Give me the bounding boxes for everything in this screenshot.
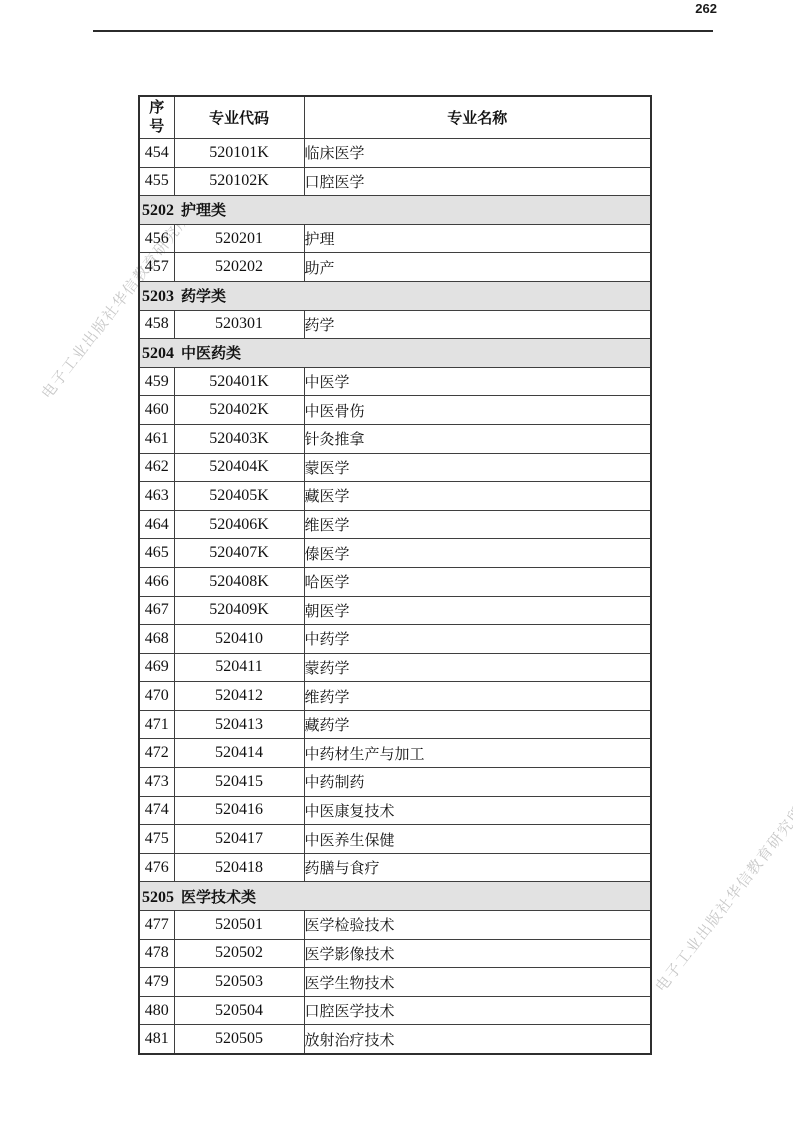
seq-cell: 478 [139,939,174,968]
name-cell: 医学影像技术 [304,939,651,968]
table-row: 460520402K中医骨伤 [139,396,651,425]
code-cell: 520418 [174,853,304,882]
code-cell: 520401K [174,367,304,396]
table-row: 461520403K针灸推拿 [139,424,651,453]
seq-cell: 456 [139,224,174,253]
name-cell: 中医康复技术 [304,796,651,825]
table-row: 475520417中医养生保健 [139,825,651,854]
seq-cell: 462 [139,453,174,482]
table-row: 456520201护理 [139,224,651,253]
seq-cell: 454 [139,139,174,168]
table-row: 471520413藏药学 [139,710,651,739]
seq-cell: 475 [139,825,174,854]
seq-cell: 457 [139,253,174,282]
table-row: 468520410中药学 [139,625,651,654]
section-label: 5203药学类 [139,281,651,310]
code-cell: 520411 [174,653,304,682]
seq-cell: 481 [139,1025,174,1054]
column-header-seq: 序号 [139,96,174,139]
section-name: 护理类 [181,202,226,219]
name-cell: 医学生物技术 [304,968,651,997]
watermark-bottom-right: 电子工业出版社华信教育研究所 [650,801,793,996]
table-row: 464520406K维医学 [139,510,651,539]
code-cell: 520405K [174,482,304,511]
code-cell: 520502 [174,939,304,968]
code-cell: 520410 [174,625,304,654]
name-cell: 口腔医学 [304,167,651,196]
page-number: 262 [695,1,717,16]
name-cell: 中医学 [304,367,651,396]
seq-cell: 455 [139,167,174,196]
seq-cell: 472 [139,739,174,768]
seq-cell: 470 [139,682,174,711]
code-cell: 520417 [174,825,304,854]
document-page: 262 电子工业出版社华信教育研究所 电子工业出版社华信教育研究所 序号 专业代… [0,0,793,1122]
table-row: 455520102K口腔医学 [139,167,651,196]
name-cell: 口腔医学技术 [304,996,651,1025]
name-cell: 针灸推拿 [304,424,651,453]
section-code: 5204 [142,345,174,362]
table-row: 463520405K藏医学 [139,482,651,511]
seq-cell: 464 [139,510,174,539]
table-row: 473520415中药制药 [139,768,651,797]
section-code: 5202 [142,202,174,219]
table-row: 476520418药膳与食疗 [139,853,651,882]
name-cell: 中药制药 [304,768,651,797]
name-cell: 放射治疗技术 [304,1025,651,1054]
seq-cell: 479 [139,968,174,997]
table-row: 467520409K朝医学 [139,596,651,625]
name-cell: 中医骨伤 [304,396,651,425]
code-cell: 520409K [174,596,304,625]
code-cell: 520102K [174,167,304,196]
seq-cell: 468 [139,625,174,654]
code-cell: 520413 [174,710,304,739]
section-name: 中医药类 [181,345,241,362]
table-row: 465520407K傣医学 [139,539,651,568]
section-code: 5205 [142,889,174,906]
name-cell: 维医学 [304,510,651,539]
code-cell: 520406K [174,510,304,539]
code-cell: 520503 [174,968,304,997]
section-row: 5204中医药类 [139,339,651,368]
table-row: 462520404K蒙医学 [139,453,651,482]
section-name: 医学技术类 [181,889,256,906]
name-cell: 助产 [304,253,651,282]
code-cell: 520404K [174,453,304,482]
section-label: 5205医学技术类 [139,882,651,911]
seq-cell: 459 [139,367,174,396]
section-label: 5202护理类 [139,196,651,225]
name-cell: 药膳与食疗 [304,853,651,882]
seq-cell: 465 [139,539,174,568]
name-cell: 中药学 [304,625,651,654]
seq-cell: 466 [139,567,174,596]
name-cell: 中医养生保健 [304,825,651,854]
code-cell: 520504 [174,996,304,1025]
name-cell: 傣医学 [304,539,651,568]
code-cell: 520402K [174,396,304,425]
code-cell: 520301 [174,310,304,339]
table-row: 470520412维药学 [139,682,651,711]
majors-table: 序号 专业代码 专业名称 454520101K临床医学455520102K口腔医… [138,95,652,1055]
column-header-code: 专业代码 [174,96,304,139]
table-row: 466520408K哈医学 [139,567,651,596]
code-cell: 520416 [174,796,304,825]
name-cell: 藏医学 [304,482,651,511]
table-body: 454520101K临床医学455520102K口腔医学5202护理类45652… [139,139,651,1055]
section-row: 5203药学类 [139,281,651,310]
name-cell: 药学 [304,310,651,339]
code-cell: 520202 [174,253,304,282]
seq-cell: 480 [139,996,174,1025]
code-cell: 520412 [174,682,304,711]
section-row: 5202护理类 [139,196,651,225]
table-row: 478520502医学影像技术 [139,939,651,968]
name-cell: 蒙医学 [304,453,651,482]
name-cell: 哈医学 [304,567,651,596]
name-cell: 维药学 [304,682,651,711]
section-row: 5205医学技术类 [139,882,651,911]
table-row: 454520101K临床医学 [139,139,651,168]
header-rule [93,30,713,32]
seq-cell: 460 [139,396,174,425]
column-header-name: 专业名称 [304,96,651,139]
code-cell: 520414 [174,739,304,768]
code-cell: 520403K [174,424,304,453]
table-row: 480520504口腔医学技术 [139,996,651,1025]
section-code: 5203 [142,288,174,305]
code-cell: 520101K [174,139,304,168]
table-row: 477520501医学检验技术 [139,911,651,940]
name-cell: 藏药学 [304,710,651,739]
name-cell: 朝医学 [304,596,651,625]
seq-cell: 471 [139,710,174,739]
seq-cell: 476 [139,853,174,882]
name-cell: 医学检验技术 [304,911,651,940]
code-cell: 520408K [174,567,304,596]
table-header-row: 序号 专业代码 专业名称 [139,96,651,139]
code-cell: 520407K [174,539,304,568]
table-row: 474520416中医康复技术 [139,796,651,825]
name-cell: 护理 [304,224,651,253]
table-row: 457520202助产 [139,253,651,282]
seq-cell: 477 [139,911,174,940]
seq-cell: 469 [139,653,174,682]
section-label: 5204中医药类 [139,339,651,368]
table-row: 479520503医学生物技术 [139,968,651,997]
seq-cell: 461 [139,424,174,453]
seq-cell: 467 [139,596,174,625]
seq-cell: 463 [139,482,174,511]
code-cell: 520415 [174,768,304,797]
name-cell: 中药材生产与加工 [304,739,651,768]
name-cell: 蒙药学 [304,653,651,682]
seq-cell: 473 [139,768,174,797]
seq-cell: 458 [139,310,174,339]
table-row: 472520414中药材生产与加工 [139,739,651,768]
section-name: 药学类 [181,288,226,305]
table-row: 459520401K中医学 [139,367,651,396]
code-cell: 520505 [174,1025,304,1054]
code-cell: 520201 [174,224,304,253]
table-row: 469520411蒙药学 [139,653,651,682]
code-cell: 520501 [174,911,304,940]
column-header-seq-label: 序号 [149,99,165,137]
table-row: 481520505放射治疗技术 [139,1025,651,1054]
table-row: 458520301药学 [139,310,651,339]
seq-cell: 474 [139,796,174,825]
name-cell: 临床医学 [304,139,651,168]
